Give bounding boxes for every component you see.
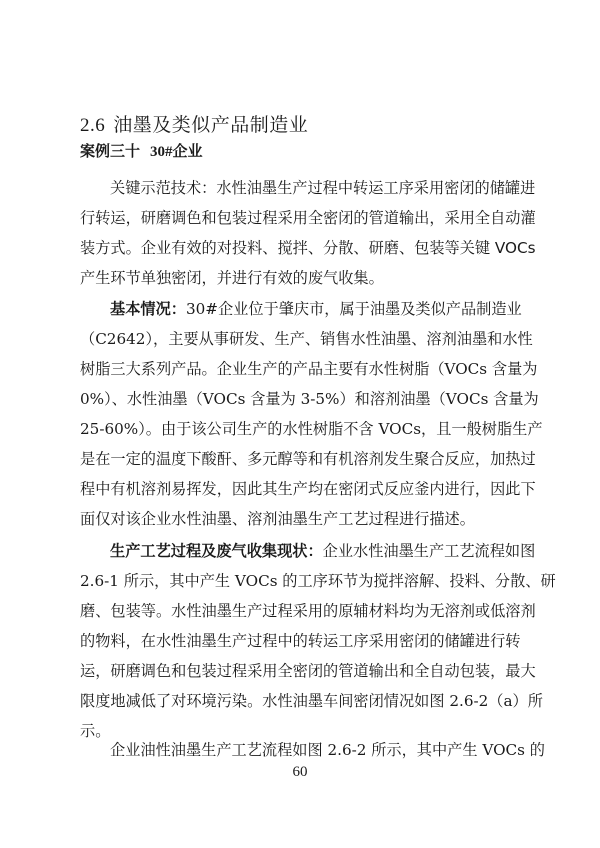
- basic-info-line-1: 基本情况：30#企业位于肇庆市，属于油墨及类似产品制造业: [110, 299, 520, 319]
- basic-info-line-5: 25-60%）。由于该公司生产的水性树脂不含 VOCs，且一般树脂生产: [80, 419, 520, 439]
- basic-info-line-4: 0%）、水性油墨（VOCs 含量为 3-5%）和溶剂油墨（VOCs 含量为: [80, 389, 520, 409]
- case-enterprise: 30#企业: [150, 144, 203, 160]
- basic-info-line-6: 是在一定的温度下酸酐、多元醇等和有机溶剂发生聚合反应，加热过: [80, 449, 520, 469]
- process-line-6: 限度地减低了对环境污染。水性油墨车间密闭情况如图 2.6-2（a）所: [80, 691, 520, 711]
- basic-info-line-3: 树脂三大系列产品。企业生产的产品主要有水性树脂（VOCs 含量为: [80, 359, 520, 379]
- section-number: 2.6: [80, 115, 105, 136]
- case-heading: 案例三十30#企业: [80, 140, 203, 161]
- section-heading: 2.6油墨及类似产品制造业: [80, 110, 308, 137]
- process-line-7: 示。: [80, 721, 520, 741]
- process-lead: 生产工艺过程及废气收集现状：: [110, 542, 323, 560]
- basic-info-lead: 基本情况：: [110, 300, 186, 318]
- page-number: 60: [0, 764, 600, 781]
- basic-info-line-2: （C2642），主要从事研发、生产、销售水性油墨、溶剂油墨和水性: [80, 329, 520, 349]
- key-tech-lead: 关键示范技术：: [110, 179, 216, 197]
- case-label: 案例三十: [80, 142, 140, 160]
- section-title-text: 油墨及类似产品制造业: [113, 114, 308, 136]
- document-page: 2.6油墨及类似产品制造业 案例三十30#企业 关键示范技术：水性油墨生产过程中…: [0, 0, 600, 848]
- key-tech-line-3: 装方式。企业有效的对投料、搅拌、分散、研磨、包装等关键 VOCs: [80, 238, 520, 258]
- process-line-3: 磨、包装等。水性油墨生产过程采用的原辅材料均为无溶剂或低溶剂: [80, 601, 520, 621]
- basic-info-line-8: 面仅对该企业水性油墨、溶剂油墨生产工艺过程进行描述。: [80, 509, 520, 529]
- process-line-2: 2.6-1 所示，其中产生 VOCs 的工序环节为搅拌溶解、投料、分散、研: [80, 571, 520, 591]
- basic-info-line-7: 程中有机溶剂易挥发，因此其生产均在密闭式反应釜内进行，因此下: [80, 479, 520, 499]
- oil-ink-line-1: 企业油性油墨生产工艺流程如图 2.6-2 所示，其中产生 VOCs 的: [110, 740, 520, 760]
- key-tech-line-4: 产生环节单独密闭，并进行有效的废气收集。: [80, 268, 520, 288]
- process-line-1: 生产工艺过程及废气收集现状：企业水性油墨生产工艺流程如图: [110, 541, 520, 561]
- process-line-5: 运，研磨调色和包装过程采用全密闭的管道输出和全自动包装，最大: [80, 661, 520, 681]
- key-tech-line-2: 行转运，研磨调色和包装过程采用全密闭的管道输出，采用全自动灌: [80, 208, 520, 228]
- key-tech-line-1: 关键示范技术：水性油墨生产过程中转运工序采用密闭的储罐进: [110, 178, 520, 198]
- process-line-4: 的物料，在水性油墨生产过程中的转运工序采用密闭的储罐进行转: [80, 631, 520, 651]
